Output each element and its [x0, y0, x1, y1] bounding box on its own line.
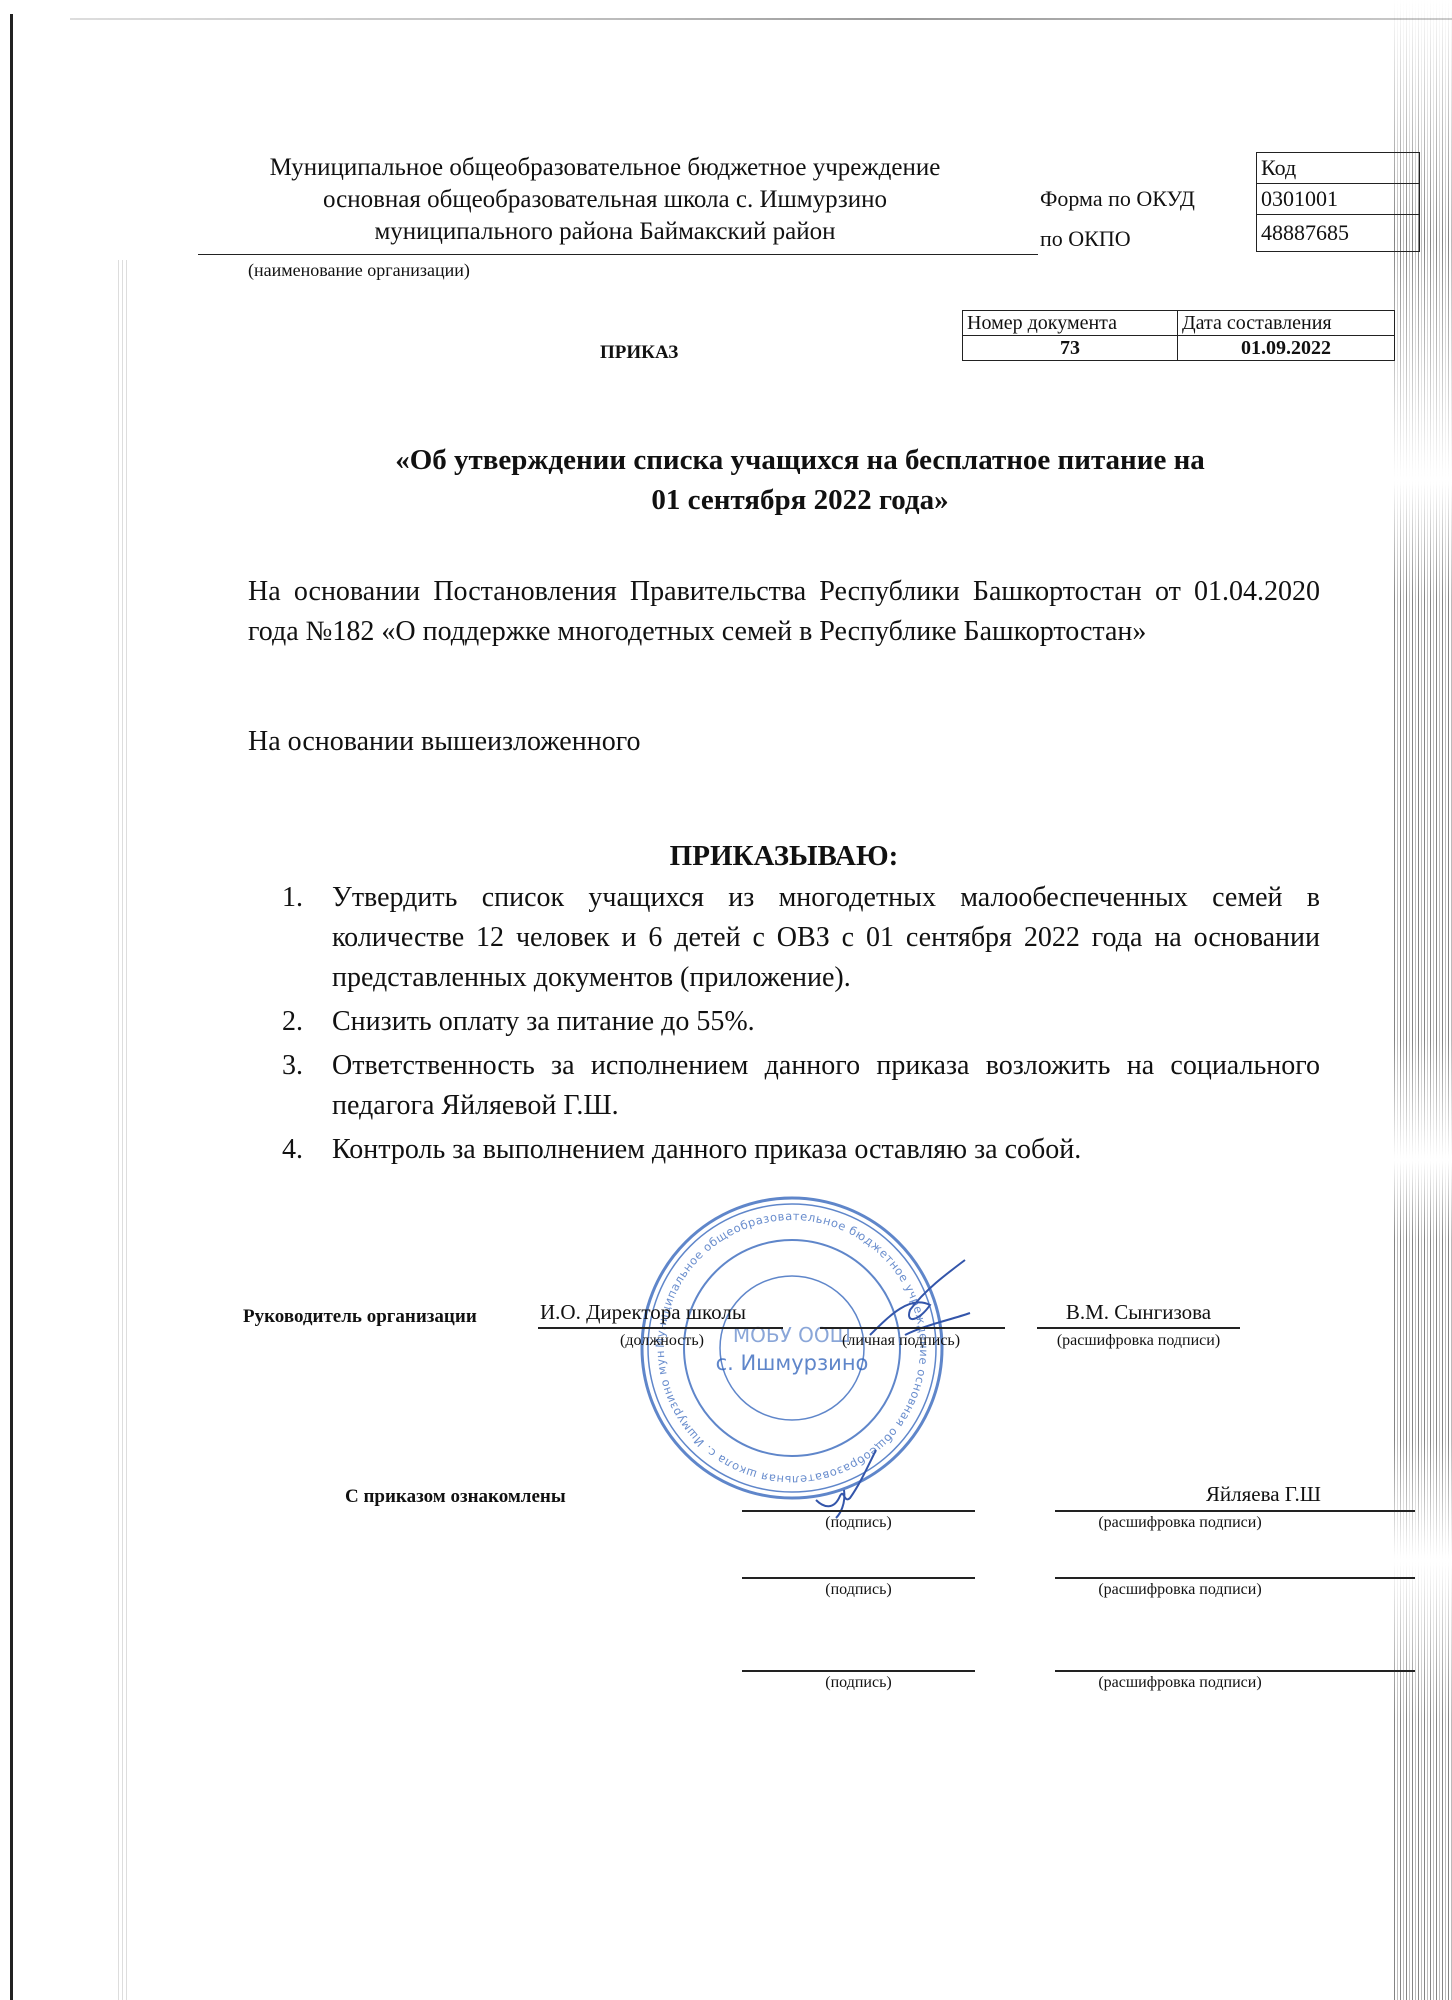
okpo-value: 48887685	[1257, 215, 1420, 252]
order-list: 1.Утвердить список учащихся из многодетн…	[248, 878, 1320, 1174]
name-line	[1037, 1327, 1240, 1329]
acquainted-name-caption: (расшифровка подписи)	[1055, 1581, 1305, 1599]
document-number-table: Номер документа Дата составления 73 01.0…	[962, 310, 1395, 361]
organization-name: Муниципальное общеобразовательное бюджет…	[205, 152, 1005, 248]
order-item: 2.Снизить оплату за питание до 55%.	[248, 1002, 1320, 1042]
organization-underline	[198, 254, 1038, 255]
number-header: Номер документа	[963, 311, 1178, 336]
document-type: ПРИКАЗ	[600, 342, 678, 364]
organization-line: Муниципальное общеобразовательное бюджет…	[205, 152, 1005, 184]
acquainted-name-caption: (расшифровка подписи)	[1055, 1514, 1305, 1532]
order-item-number: 2.	[282, 1002, 303, 1042]
order-item: 4.Контроль за выполнением данного приказ…	[248, 1130, 1320, 1170]
document-number: 73	[963, 336, 1178, 361]
organization-line: основная общеобразовательная школа с. Иш…	[205, 184, 1005, 216]
order-item-number: 3.	[282, 1046, 303, 1086]
title-line: «Об утверждении списка учащихся на беспл…	[300, 440, 1300, 480]
order-item-text: Утвердить список учащихся из многодетных…	[332, 882, 1320, 993]
acquainted-signature-caption: (подпись)	[742, 1674, 975, 1692]
acquainted-name-line	[1055, 1510, 1415, 1512]
acquainted-name-line	[1055, 1577, 1415, 1579]
name-caption: (расшифровка подписи)	[1037, 1332, 1240, 1350]
acquainted-signature-caption: (подпись)	[742, 1514, 975, 1532]
code-header: Код	[1257, 153, 1420, 184]
okud-label: Форма по ОКУД	[1040, 186, 1195, 212]
position-value: И.О. Директора школы	[540, 1300, 746, 1325]
acquainted-signature-caption: (подпись)	[742, 1581, 975, 1599]
order-item-text: Ответственность за исполнением данного п…	[332, 1050, 1320, 1121]
scan-noise-left	[115, 260, 127, 2000]
date-header: Дата составления	[1178, 311, 1395, 336]
okud-value: 0301001	[1257, 184, 1420, 215]
document-date: 01.09.2022	[1178, 336, 1395, 361]
head-label: Руководитель организации	[243, 1306, 477, 1328]
acquainted-signature-line	[742, 1510, 975, 1512]
code-table: Код 0301001 48887685	[1256, 152, 1420, 252]
conclusion-paragraph: На основании вышеизложенного	[248, 722, 1320, 762]
order-heading: ПРИКАЗЫВАЮ:	[248, 840, 1320, 873]
acquainted-name-caption: (расшифровка подписи)	[1055, 1674, 1305, 1692]
head-name: В.М. Сынгизова	[1037, 1300, 1240, 1325]
signature-line	[820, 1327, 1005, 1329]
acquainted-signature-line	[742, 1577, 975, 1579]
scan-noise-right	[1392, 0, 1452, 2000]
basis-paragraph: На основании Постановления Правительства…	[248, 572, 1320, 652]
document-title: «Об утверждении списка учащихся на беспл…	[300, 440, 1300, 520]
scan-top-edge	[70, 18, 1452, 20]
order-item-text: Контроль за выполнением данного приказа …	[332, 1134, 1081, 1165]
title-line: 01 сентября 2022 года»	[300, 480, 1300, 520]
acquainted-name: Яйляева Г.Ш	[1055, 1482, 1321, 1507]
scan-left-edge	[10, 14, 13, 2000]
order-item: 1.Утвердить список учащихся из многодетн…	[248, 878, 1320, 998]
order-item-number: 1.	[282, 878, 303, 918]
order-item-number: 4.	[282, 1130, 303, 1170]
position-line	[538, 1327, 783, 1329]
stamp-center-line2: с. Ишмурзино	[716, 1351, 869, 1375]
acquainted-label: С приказом ознакомлены	[345, 1486, 566, 1508]
okpo-label: по ОКПО	[1040, 226, 1131, 252]
order-item-text: Снизить оплату за питание до 55%.	[332, 1006, 755, 1037]
organization-line: муниципального района Баймакский район	[205, 216, 1005, 248]
acquainted-signature-line	[742, 1670, 975, 1672]
acquainted-name-line	[1055, 1670, 1415, 1672]
order-item: 3.Ответственность за исполнением данного…	[248, 1046, 1320, 1126]
organization-caption: (наименование организации)	[248, 260, 470, 281]
signature-caption: (личная подпись)	[842, 1332, 960, 1350]
position-caption: (должность)	[620, 1332, 704, 1350]
